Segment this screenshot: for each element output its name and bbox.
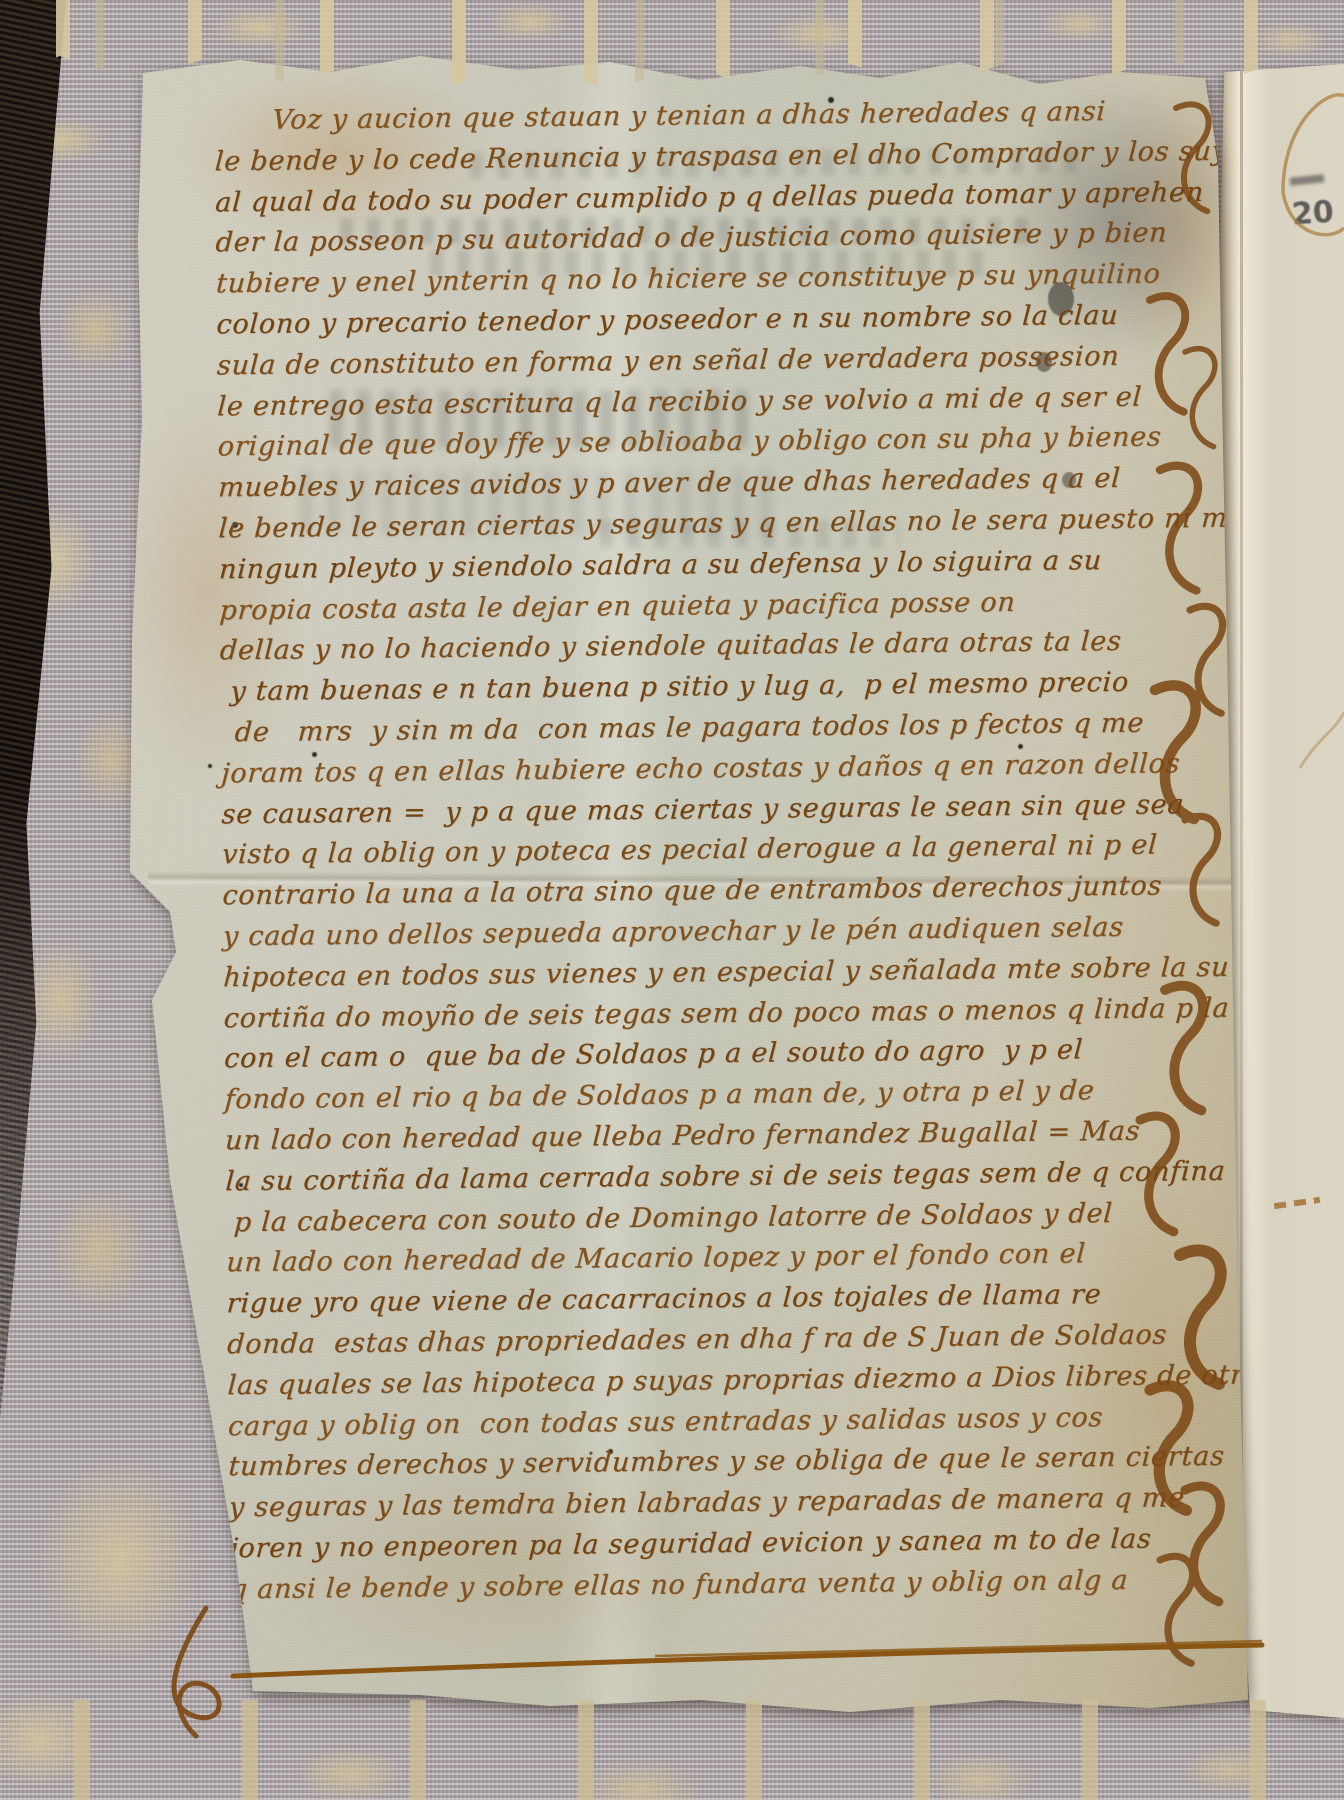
photo-of-manuscript: 20 (0, 0, 1344, 1800)
manuscript-page: Voz y aucion que stauan y tenian a dhas … (118, 52, 1250, 1717)
ink-speck (208, 764, 212, 768)
fabric-fringe-bottom (0, 1700, 1344, 1800)
ink-dashes (1274, 1197, 1320, 1209)
stamp-smudge (1290, 174, 1325, 186)
stamp-mark: 20 (1291, 197, 1335, 232)
manuscript-text: Voz y aucion que stauan y tenian a dhas … (214, 91, 1240, 1611)
